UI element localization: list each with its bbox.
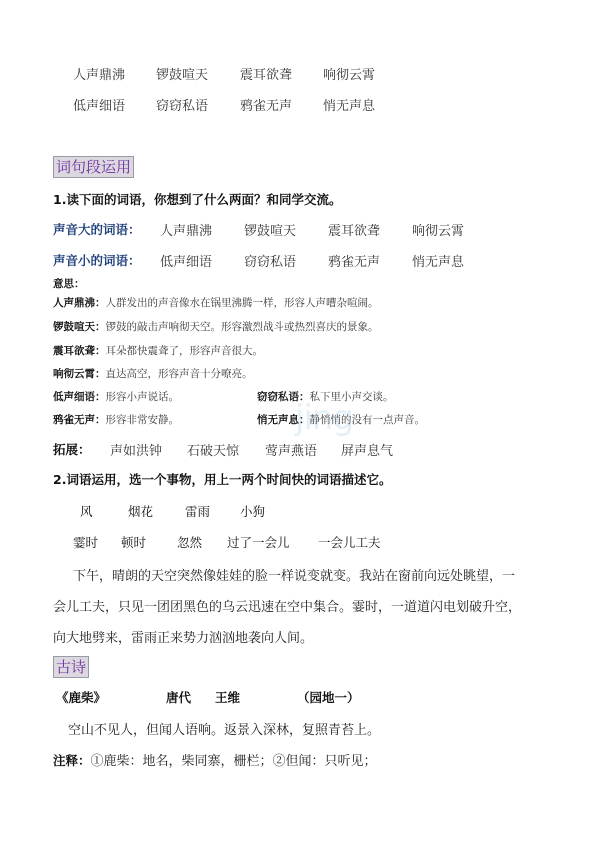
meaning-text: 耳朵都快震聋了，形容声音很大。 bbox=[106, 345, 264, 357]
question-2: 2.词语运用，选一个事物，用上一两个时间快的词语描述它。 bbox=[53, 470, 391, 488]
meaning-term: 响彻云霄： bbox=[53, 368, 106, 380]
time-word: 顿时 bbox=[121, 533, 146, 551]
notes-label: 注释： bbox=[53, 753, 91, 768]
notes-text: ①鹿柴：地名，柴同寨，栅栏；②但闻：只听见； bbox=[91, 754, 377, 769]
word: 震耳欲聋 bbox=[328, 220, 380, 239]
meaning-item: 人声鼎沸：人群发出的声音像水在锅里沸腾一样，形容人声嘈杂喧闹。 bbox=[53, 295, 379, 310]
meaning-term: 鸦雀无声： bbox=[53, 414, 106, 426]
meaning-term: 锣鼓喧天： bbox=[53, 321, 106, 333]
meaning-item: 低声细语：形容小声说话。 bbox=[53, 389, 179, 404]
sample-paragraph-line-3: 向大地劈来，雷雨正来势力汹汹地袭向人间。 bbox=[53, 627, 313, 646]
section-tag-word-usage: 词句段运用 bbox=[53, 156, 134, 178]
time-word: 过了一会儿 bbox=[227, 533, 290, 551]
word: 鸦雀无声 bbox=[240, 95, 292, 114]
time-word: 霎时 bbox=[73, 533, 98, 551]
meaning-item: 鸦雀无声：形容非常安静。 bbox=[53, 412, 179, 427]
watermark: jing bbox=[295, 398, 353, 438]
meaning-text: 人群发出的声音像水在锅里沸腾一样，形容人声嘈杂喧闹。 bbox=[106, 297, 379, 309]
question-1: 1.读下面的词语，你想到了什么两面？和同学交流。 bbox=[53, 190, 341, 208]
meaning-term: 低声细语： bbox=[53, 391, 106, 403]
time-word: 一会儿工夫 bbox=[318, 533, 381, 551]
thing-word: 小狗 bbox=[240, 502, 265, 520]
meaning-text: 形容非常安静。 bbox=[106, 414, 180, 426]
word: 鸦雀无声 bbox=[328, 251, 380, 270]
poem-notes: 注释：①鹿柴：地名，柴同寨，栅栏；②但闻：只听见； bbox=[53, 750, 377, 769]
section-tag-ancient-poem: 古诗 bbox=[53, 656, 89, 678]
word: 响彻云霄 bbox=[323, 64, 375, 83]
word: 石破天惊 bbox=[187, 440, 239, 459]
meaning-item: 响彻云霄：直达高空，形容声音十分嘹亮。 bbox=[53, 366, 253, 381]
word: 窃窃私语 bbox=[156, 95, 208, 114]
word: 莺声燕语 bbox=[265, 440, 317, 459]
meaning-text: 形容小声说话。 bbox=[106, 391, 180, 403]
word: 低声细语 bbox=[160, 251, 212, 270]
word: 锣鼓喧天 bbox=[244, 220, 296, 239]
word: 低声细语 bbox=[73, 95, 125, 114]
extend-label: 拓展： bbox=[53, 440, 91, 458]
word: 窃窃私语 bbox=[244, 251, 296, 270]
thing-word: 风 bbox=[80, 502, 93, 520]
poem-author: 王维 bbox=[215, 688, 240, 706]
meaning-text: 直达高空，形容声音十分嘹亮。 bbox=[106, 368, 253, 380]
word: 悄无声息 bbox=[412, 251, 464, 270]
word: 人声鼎沸 bbox=[73, 64, 125, 83]
meaning-term: 震耳欲聋： bbox=[53, 345, 106, 357]
word: 屏声息气 bbox=[341, 440, 393, 459]
poem-dynasty: 唐代 bbox=[166, 688, 191, 706]
loud-words-label: 声音大的词语： bbox=[53, 220, 141, 238]
meaning-term: 人声鼎沸： bbox=[53, 297, 106, 309]
meaning-item: 震耳欲聋：耳朵都快震聋了，形容声音很大。 bbox=[53, 343, 263, 358]
word: 悄无声息 bbox=[323, 95, 375, 114]
poem-text: 空山不见人，但闻人语响。返景入深林，复照青苔上。 bbox=[68, 719, 380, 738]
time-word: 忽然 bbox=[177, 533, 202, 551]
thing-word: 雷雨 bbox=[185, 502, 210, 520]
quiet-words-label: 声音小的词语： bbox=[53, 251, 141, 269]
sample-paragraph-line-1: 下午，晴朗的天空突然像娃娃的脸一样说变就变。我站在窗前向远处眺望，一 bbox=[73, 565, 515, 584]
meaning-heading: 意思： bbox=[53, 276, 85, 291]
word: 震耳欲聋 bbox=[240, 64, 292, 83]
poem-title: 《鹿柴》 bbox=[56, 688, 106, 706]
poem-source: （园地一） bbox=[297, 688, 360, 706]
meaning-text: 锣鼓的敲击声响彻天空。形容激烈战斗或热烈喜庆的景象。 bbox=[106, 321, 379, 333]
word: 人声鼎沸 bbox=[160, 220, 212, 239]
word: 锣鼓喧天 bbox=[156, 64, 208, 83]
meaning-item: 锣鼓喧天：锣鼓的敲击声响彻天空。形容激烈战斗或热烈喜庆的景象。 bbox=[53, 319, 379, 334]
word: 声如洪钟 bbox=[110, 440, 162, 459]
thing-word: 烟花 bbox=[128, 502, 153, 520]
word: 响彻云霄 bbox=[412, 220, 464, 239]
sample-paragraph-line-2: 会儿工夫，只见一团团黑色的乌云迅速在空中集合。霎时，一道道闪电划破升空， bbox=[53, 596, 521, 615]
